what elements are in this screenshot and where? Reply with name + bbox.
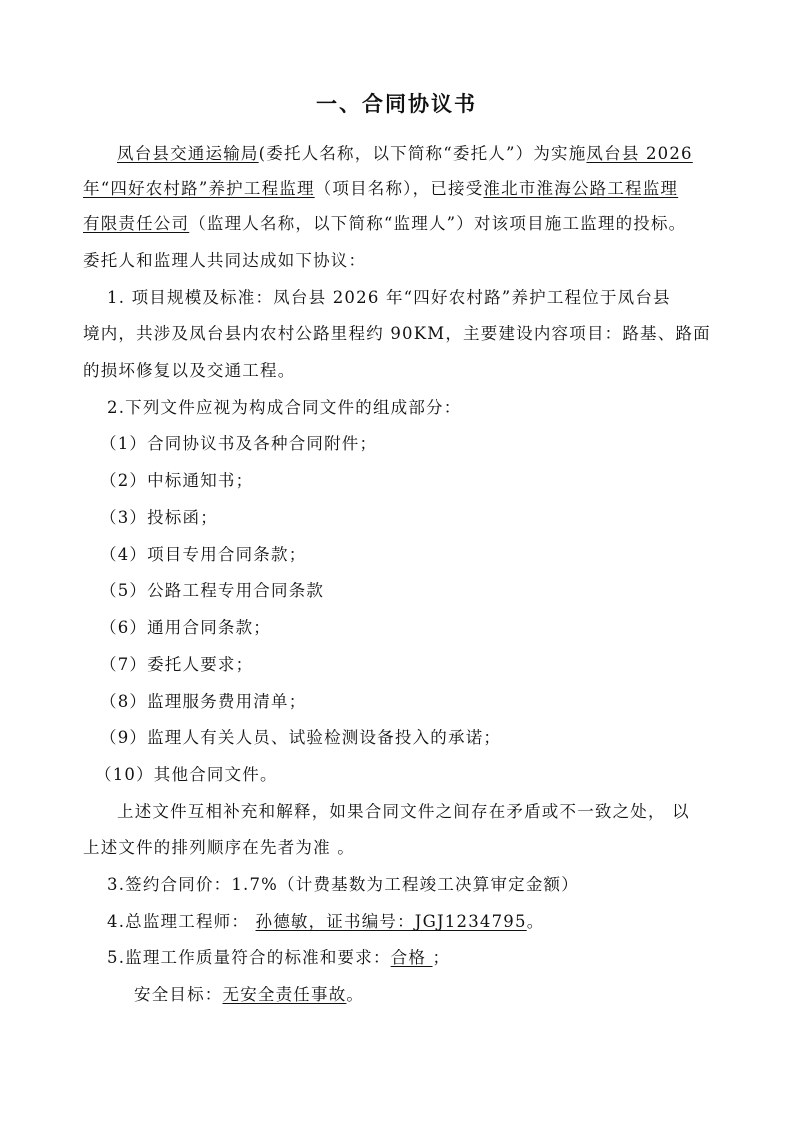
list-item: （6）通用合同条款；: [100, 617, 735, 639]
clause5-value: 合格: [391, 948, 433, 967]
clause5-safety: 安全目标：无安全责任事故。: [134, 984, 769, 1006]
list-item: （2）中标通知书；: [100, 470, 735, 492]
preamble-text: （项目名称），已接受: [315, 179, 484, 198]
list-item: （9）监理人有关人员、试验检测设备投入的承诺；: [100, 727, 735, 749]
clause5-label: 5.监理工作质量符合的标准和要求：: [107, 948, 391, 967]
clause2-note-line-1: 上述文件互相补充和解释，如果合同文件之间存在矛盾或不一致之处， 以: [83, 801, 752, 823]
list-item: （7）委托人要求；: [100, 654, 735, 676]
clause1-line-1: 1. 项目规模及标准：凤台县 2026 年“四好农村路”养护工程位于凤台县: [83, 287, 742, 309]
clause4-chief-engineer: 4.总监理工程师： 孙德敏，证书编号：JGJ1234795。: [83, 911, 742, 933]
page-title: 一、合同协议书: [0, 88, 793, 118]
clause5-quality: 5.监理工作质量符合的标准和要求：合格 ；: [83, 947, 742, 969]
clause4-suffix: 。: [527, 912, 545, 931]
clause2-note-line-2: 上述文件的排列顺序在先者为准 。: [83, 837, 718, 859]
supervisor-name-part1: 淮北市淮海公路工程监理: [483, 179, 678, 198]
clause2-heading: 2.下列文件应视为构成合同文件的组成部分：: [83, 397, 742, 419]
clause1-line-2: 境内，共涉及凤台县内农村公路里程约 90KM，主要建设内容项目：路基、路面: [83, 323, 718, 345]
preamble-line-2: 年“四好农村路”养护工程监理（项目名称），已接受淮北市淮海公路工程监理: [83, 178, 718, 200]
preamble-line-1: 凤台县交通运输局(委托人名称，以下简称“委托人”）为实施凤台县 2026: [83, 143, 752, 165]
list-item: （5）公路工程专用合同条款: [100, 580, 735, 602]
project-name-part1: 凤台县 2026: [586, 144, 692, 163]
supervisor-name-part2: 有限责任公司: [83, 214, 189, 233]
clause4-label: 4.总监理工程师：: [107, 912, 256, 931]
clause4-value: 孙德敏，证书编号：JGJ1234795: [256, 912, 527, 931]
safety-label: 安全目标：: [134, 985, 223, 1004]
safety-suffix: 。: [346, 985, 364, 1004]
clause3-value: 1.7%（计费基数为工程竣工决算审定金额）: [231, 875, 579, 894]
safety-value: 无安全责任事故: [223, 985, 347, 1004]
preamble-line-4: 委托人和监理人共同达成如下协议：: [83, 250, 718, 272]
clause1-line-3: 的损坏修复以及交通工程。: [83, 360, 718, 382]
list-item: （8）监理服务费用清单；: [100, 691, 735, 713]
preamble-text: （监理人名称，以下简称“监理人”）对该项目施工监理的投标。: [189, 214, 686, 233]
clause5-suffix: ；: [433, 948, 451, 967]
preamble-text: (委托人名称，以下简称“委托人”）为实施: [259, 144, 587, 163]
clause3-label: 3.签约合同价：: [107, 875, 231, 894]
list-item: （10）其他合同文件。: [95, 764, 730, 786]
list-item: （4）项目专用合同条款；: [100, 544, 735, 566]
list-item: （3）投标函；: [100, 507, 735, 529]
preamble-line-3: 有限责任公司（监理人名称，以下简称“监理人”）对该项目施工监理的投标。: [83, 213, 718, 235]
clause3-contract-price: 3.签约合同价：1.7%（计费基数为工程竣工决算审定金额）: [83, 874, 742, 896]
list-item: （1）合同协议书及各种合同附件；: [100, 433, 735, 455]
employer-name: 凤台县交通运输局: [117, 144, 259, 163]
project-name-part2: 年“四好农村路”养护工程监理: [83, 179, 315, 198]
document-page: 一、合同协议书 凤台县交通运输局(委托人名称，以下简称“委托人”）为实施凤台县 …: [0, 0, 793, 1122]
